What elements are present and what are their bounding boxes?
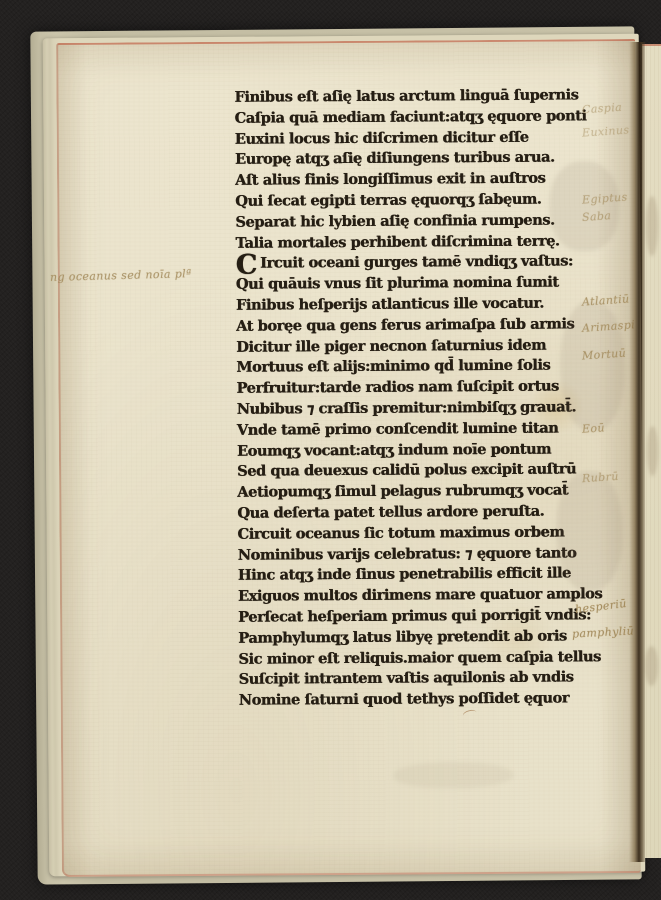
marginal-note: Rubrū bbox=[582, 470, 620, 486]
marginal-note: hesperiū bbox=[574, 597, 627, 616]
verse-line-with-initial: CIrcuit oceani gurges tamē vndiqʒ vaſtus… bbox=[236, 252, 600, 275]
bleed-through-mark bbox=[646, 196, 658, 256]
verse-line: Qui quāuis vnus ſit plurima nomina ſumit bbox=[236, 272, 600, 295]
verse-line: Nubibus ⁊ craſſis premitur:nimbiſqʒ grau… bbox=[237, 397, 601, 420]
verse-line: Vnde tamē primo conſcendit lumine titan bbox=[237, 418, 601, 441]
right-margin-notes: Caspia Euxinus Egiptus Saba Atlantiū Ari… bbox=[570, 40, 636, 862]
marginal-note: pamphyliū bbox=[572, 624, 635, 640]
verse-line: Qui ſecat egipti terras ęquorqʒ ſabęum. bbox=[235, 189, 599, 212]
verse-line: Aſt alius finis longiſſimus exit in auſt… bbox=[235, 168, 599, 191]
verse-line: Exiguos multos dirimens mare quatuor amp… bbox=[238, 584, 602, 607]
marginal-note: Saba bbox=[582, 209, 612, 224]
verse-line: Dicitur ille piger necnon ſaturnius idem bbox=[236, 335, 600, 358]
marginal-note: Atlantiū bbox=[582, 292, 630, 308]
bleed-through-mark bbox=[393, 762, 513, 789]
marginal-note: Mortuū bbox=[582, 346, 627, 362]
gutter-shadow bbox=[629, 42, 645, 862]
marginal-note: Egiptus bbox=[582, 190, 628, 206]
verse-line: Separat hic lybien aſię confinia rumpens… bbox=[235, 210, 599, 233]
verse-line: Eoumqʒ vocant:atqʒ indum noīe pontum bbox=[237, 439, 601, 462]
marginal-note: Arimaspi bbox=[582, 318, 636, 335]
marginal-note: Eoū bbox=[582, 421, 606, 436]
verse-line: Pamphylumqʒ latus libyę pretendit ab ori… bbox=[238, 626, 602, 649]
verse-line: Ircuit oceani gurges tamē vndiqʒ vaſtus: bbox=[260, 253, 573, 272]
verse-line: Finibus eſt aſię latus arctum linguā ſup… bbox=[234, 85, 598, 108]
bleed-through-mark bbox=[645, 646, 658, 686]
verse-line: Suſcipit intrantem vaſtis aquilonis ab v… bbox=[238, 668, 602, 691]
verse-line: Circuit oceanus ſic totum maximus orbem bbox=[237, 522, 601, 545]
book-page: Finibus eſt aſię latus arctum linguā ſup… bbox=[56, 39, 641, 877]
verse-line: Hinc atqʒ inde ſinus penetrabilis effici… bbox=[238, 564, 602, 587]
verse-line: Talia mortales perhibent diſcrimina terr… bbox=[235, 231, 599, 254]
verse-line: Qua deſerta patet tellus ardore peruſta. bbox=[237, 501, 601, 524]
verse-line: Finibus heſperijs atlanticus ille vocatu… bbox=[236, 293, 600, 316]
verse-line: Euxini locus hic diſcrimen dicitur eſſe bbox=[235, 127, 599, 150]
verse-line: Sic minor eſt reliquis.maior quem caſpia… bbox=[238, 647, 602, 670]
verse-line: Aetiopumqʒ ſimul pelagus rubrumqʒ vocat̄ bbox=[237, 480, 601, 503]
verse-line: Nomine ſaturni quod tethys poſſidet ęquo… bbox=[239, 688, 603, 711]
verse-line: Mortuus eſt alijs:minimo qd̄ lumine ſoli… bbox=[236, 356, 600, 379]
verse-line: Nominibus varijs celebratus: ⁊ ęquore ta… bbox=[238, 543, 602, 566]
pen-squiggle-mark bbox=[462, 709, 478, 720]
verse-line: Sed qua deuexus calidū polus excipit auſ… bbox=[237, 460, 601, 483]
verse-line: At boręe qua gens ferus arimaſpa ſub arm… bbox=[236, 314, 600, 337]
verse-line: Perfruitur:tarde radios nam ſuſcipit ort… bbox=[236, 376, 600, 399]
bleed-through-mark bbox=[647, 426, 658, 476]
verse-line: Caſpia quā mediam faciunt:atqʒ ęquore po… bbox=[235, 106, 599, 129]
verse-line: Europę atqʒ aſię diſiungens turibus arua… bbox=[235, 148, 599, 171]
verse-line: Perſecat heſperiam primus qui porrigit̄ … bbox=[238, 605, 602, 628]
verse-text-block: Finibus eſt aſię latus arctum linguā ſup… bbox=[234, 85, 603, 711]
marginal-note: Caspia bbox=[582, 101, 623, 117]
marginal-note: Euxinus bbox=[582, 123, 630, 139]
book-photograph: Finibus eſt aſię latus arctum linguā ſup… bbox=[0, 0, 661, 900]
